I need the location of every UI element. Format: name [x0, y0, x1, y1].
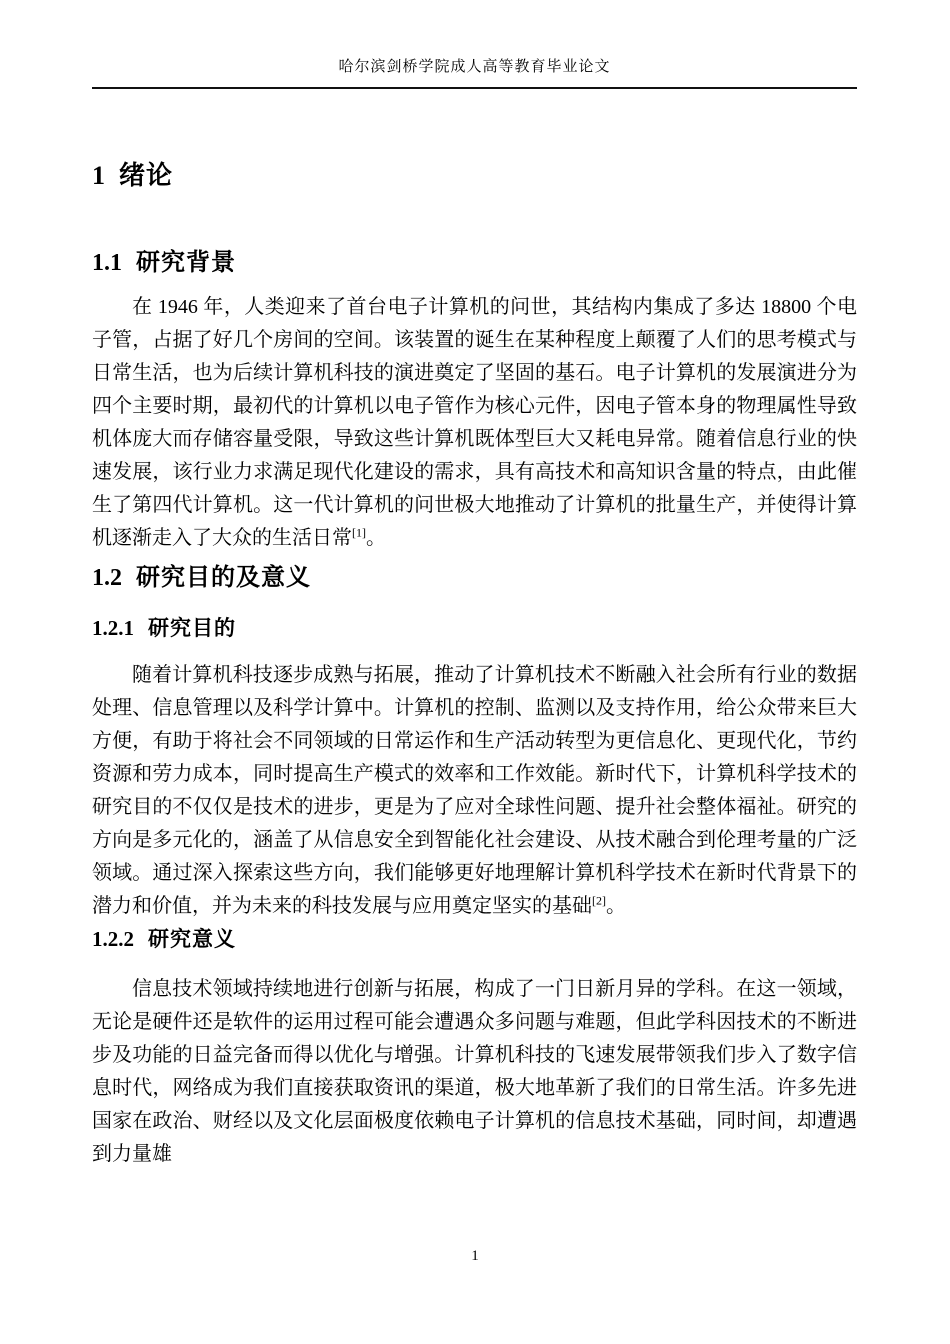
section-heading-1-1: 1.1研究背景: [92, 248, 857, 278]
thesis-page: 哈尔滨剑桥学院成人高等教育毕业论文 1绪论 1.1研究背景 在 1946 年，人…: [0, 0, 950, 1344]
paragraph-research-purpose: 随着计算机科技逐步成熟与拓展，推动了计算机技术不断融入社会所有行业的数据处理、信…: [92, 659, 857, 923]
subsection-1-2-1-number: 1.2.1: [92, 616, 134, 640]
subsection-1-2-1-label: 研究目的: [148, 617, 236, 640]
section-heading-1-2: 1.2研究目的及意义: [92, 563, 857, 593]
page-number: 1: [471, 1248, 479, 1264]
header-title: 哈尔滨剑桥学院成人高等教育毕业论文: [338, 59, 610, 75]
chapter-number: 1: [92, 161, 105, 190]
paragraph-research-background-text: 在 1946 年，人类迎来了首台电子计算机的问世，其结构内集成了多达 18800…: [92, 296, 857, 549]
section-1-2-label: 研究目的及意义: [136, 564, 311, 591]
running-header: 哈尔滨剑桥学院成人高等教育毕业论文: [92, 0, 857, 89]
subsection-heading-1-2-2: 1.2.2研究意义: [92, 926, 857, 953]
paragraph-research-background-tail: 。: [366, 527, 386, 549]
page-content: 哈尔滨剑桥学院成人高等教育毕业论文 1绪论 1.1研究背景 在 1946 年，人…: [92, 0, 857, 1171]
section-1-2-number: 1.2: [92, 565, 122, 591]
paragraph-research-significance-text: 信息技术领域持续地进行创新与拓展，构成了一门日新月异的学科。在这一领域，无论是硬…: [92, 978, 857, 1165]
section-1-1-number: 1.1: [92, 250, 122, 276]
subsection-heading-1-2-1: 1.2.1研究目的: [92, 615, 857, 642]
paragraph-research-purpose-text: 随着计算机科技逐步成熟与拓展，推动了计算机技术不断融入社会所有行业的数据处理、信…: [92, 664, 857, 917]
subsection-1-2-2-label: 研究意义: [148, 928, 236, 951]
section-1-1-label: 研究背景: [136, 249, 236, 276]
citation-ref-2: [2]: [592, 893, 606, 907]
page-footer: 1: [0, 1246, 950, 1266]
chapter-label: 绪论: [119, 160, 173, 190]
paragraph-research-background: 在 1946 年，人类迎来了首台电子计算机的问世，其结构内集成了多达 18800…: [92, 291, 857, 555]
paragraph-research-significance: 信息技术领域持续地进行创新与拓展，构成了一门日新月异的学科。在这一领域，无论是硬…: [92, 973, 857, 1171]
chapter-heading: 1绪论: [92, 159, 857, 192]
subsection-1-2-2-number: 1.2.2: [92, 927, 134, 951]
citation-ref-1: [1]: [352, 525, 366, 539]
paragraph-research-purpose-tail: 。: [606, 895, 626, 917]
